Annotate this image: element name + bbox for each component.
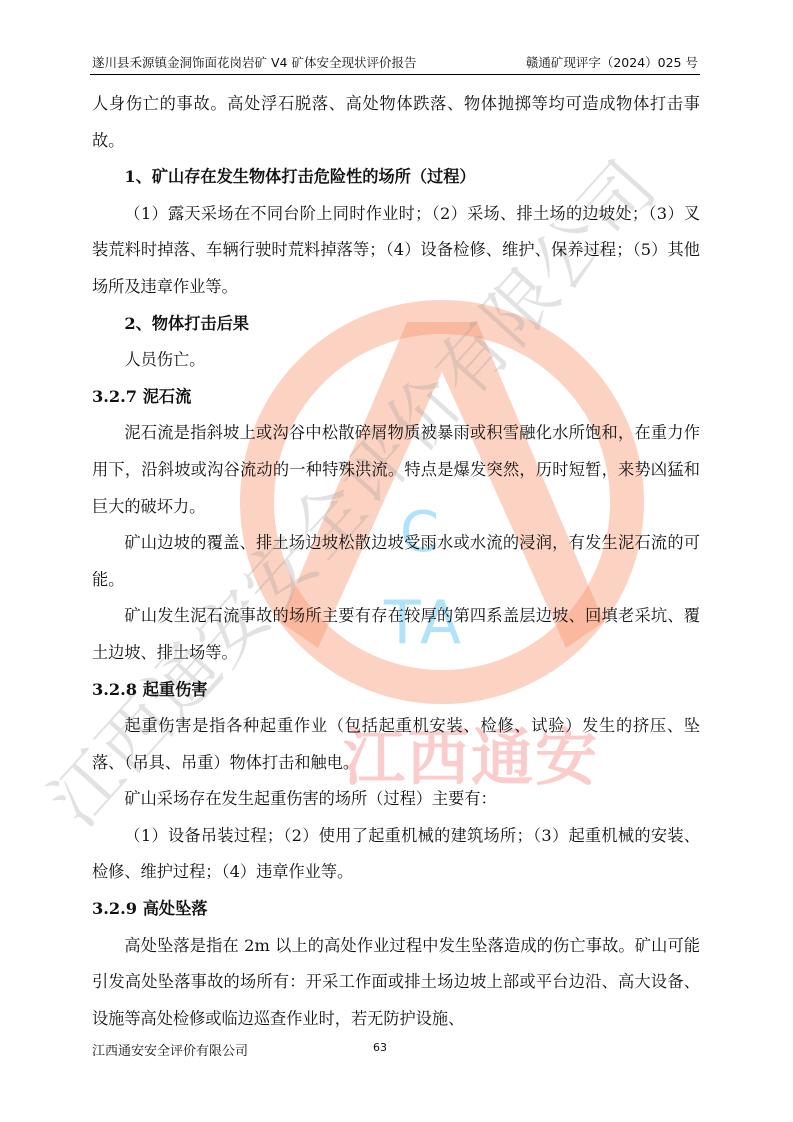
page-number: 63 (373, 1041, 387, 1054)
document-number: 赣通矿现评字（2024）025 号 (526, 53, 698, 71)
document-body: 人身伤亡的事故。高处浮石脱落、高处物体跌落、物体抛掷等均可造成物体打击事故。 1… (92, 86, 700, 1037)
paragraph-debris-flow-places: 矿山发生泥石流事故的场所主要有存在较厚的第四系盖层边坡、回填老采坑、覆土边坡、排… (92, 598, 700, 671)
page-header: 遂川县禾源镇金洞饰面花岗岩矿 V4 矿体安全现状评价报告 赣通矿现评字（2024… (90, 54, 700, 75)
section-heading-3-2-8: 3.2.8 起重伤害 (92, 672, 700, 709)
paragraph-continuation: 人身伤亡的事故。高处浮石脱落、高处物体跌落、物体抛掷等均可造成物体打击事故。 (92, 86, 700, 159)
paragraph-debris-flow-possibility: 矿山边坡的覆盖、排土场边坡松散边坡受雨水或水流的浸润，有发生泥石流的可能。 (92, 525, 700, 598)
paragraph-lifting-injury-definition: 起重伤害是指各种起重作业（包括起重机安装、检修、试验）发生的挤压、坠落、（吊具、… (92, 708, 700, 781)
document-page: C T A 江西通安安全评价有限公司 江西通安 遂川县禾源镇金洞饰面花岗岩矿 V… (0, 0, 793, 1122)
paragraph-hazard-places: （1）露天采场在不同台阶上同时作业时；（2）采场、排土场的边坡处；（3）叉装荒料… (92, 196, 700, 306)
paragraph-lifting-injury-intro: 矿山采场存在发生起重伤害的场所（过程）主要有： (92, 781, 700, 818)
section-heading-3-2-7: 3.2.7 泥石流 (92, 379, 700, 416)
paragraph-debris-flow-definition: 泥石流是指斜坡上或沟谷中松散碎屑物质被暴雨或积雪融化水所饱和，在重力作用下，沿斜… (92, 415, 700, 525)
footer-company-name: 江西通安安全评价有限公司 (92, 1040, 248, 1059)
subheading-consequence: 2、物体打击后果 (92, 306, 700, 343)
section-heading-3-2-9: 3.2.9 高处坠落 (92, 891, 700, 928)
paragraph-fall-from-height: 高处坠落是指在 2m 以上的高处作业过程中发生坠落造成的伤亡事故。矿山可能引发高… (92, 928, 700, 1038)
paragraph-consequence: 人员伤亡。 (92, 342, 700, 379)
paragraph-lifting-injury-places: （1）设备吊装过程；（2）使用了起重机械的建筑场所；（3）起重机械的安装、检修、… (92, 818, 700, 891)
report-title: 遂川县禾源镇金洞饰面花岗岩矿 V4 矿体安全现状评价报告 (92, 53, 416, 71)
subheading-hazard-places: 1、矿山存在发生物体打击危险性的场所（过程） (92, 159, 700, 196)
